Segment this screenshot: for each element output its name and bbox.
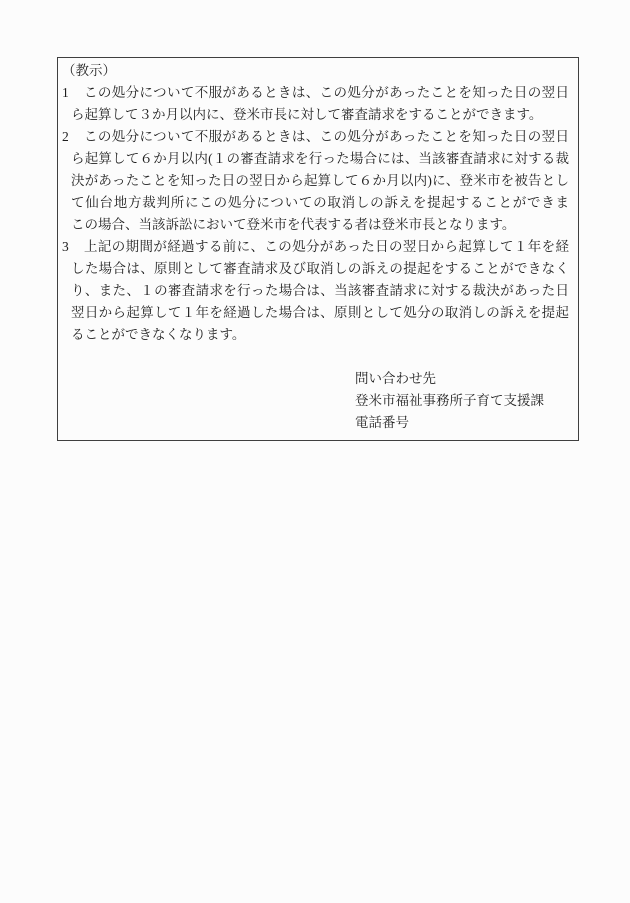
notice-heading: （教示）: [62, 60, 569, 82]
item-2-text-line-1: この処分について不服があるときは、この処分があったことを知った日の翌日か: [84, 126, 569, 148]
item-3-text-line-4: 翌日から起算して１年を経過した場合は、原則として処分の取消しの訴えを提起す: [71, 302, 569, 324]
spacer: [62, 346, 569, 368]
item-1-text-line-2: ら起算して３か月以内に、登米市長に対して審査請求をすることができます。: [71, 104, 569, 126]
contact-phone-label: 電話番号: [355, 412, 569, 434]
item-2-text-line-2: ら起算して６か月以内(１の審査請求を行った場合には、当該審査請求に対する裁: [71, 148, 569, 170]
item-3-text-line-1: 上記の期間が経過する前に、この処分があった日の翌日から起算して１年を経過: [84, 236, 569, 258]
item-2-number: 2: [62, 126, 84, 148]
item-2-text-line-5: この場合、当該訴訟において登米市を代表する者は登米市長となります。: [71, 214, 569, 236]
notice-item-2: 2 この処分について不服があるときは、この処分があったことを知った日の翌日か ら…: [62, 126, 569, 236]
item-3-text-line-2: した場合は、原則として審査請求及び取消しの訴えの提起をすることができなくな: [71, 258, 569, 280]
item-1-number: 1: [62, 82, 84, 104]
notice-item-1: 1 この処分について不服があるときは、この処分があったことを知った日の翌日か ら…: [62, 82, 569, 126]
item-1-text-line-1: この処分について不服があるときは、この処分があったことを知った日の翌日か: [84, 82, 569, 104]
notice-item-1-line-1: 1 この処分について不服があるときは、この処分があったことを知った日の翌日か: [62, 82, 569, 104]
notice-item-3-line-1: 3 上記の期間が経過する前に、この処分があった日の翌日から起算して１年を経過: [62, 236, 569, 258]
item-3-text-line-5: ることができなくなります。: [71, 324, 569, 346]
item-3-text-line-3: り、また、１の審査請求を行った場合は、当該審査請求に対する裁決があった日の: [71, 280, 569, 302]
item-3-number: 3: [62, 236, 84, 258]
contact-block: 問い合わせ先 登米市福祉事務所子育て支援課 電話番号: [355, 368, 569, 434]
notice-item-2-line-1: 2 この処分について不服があるときは、この処分があったことを知った日の翌日か: [62, 126, 569, 148]
notice-box: （教示） 1 この処分について不服があるときは、この処分があったことを知った日の…: [57, 57, 579, 441]
document-page: （教示） 1 この処分について不服があるときは、この処分があったことを知った日の…: [0, 0, 630, 903]
item-2-text-line-4: て仙台地方裁判所にこの処分についての取消しの訴えを提起することができます。: [71, 192, 569, 214]
item-2-text-line-3: 決があったことを知った日の翌日から起算して６か月以内)に、登米市を被告とし: [71, 170, 569, 192]
contact-office: 登米市福祉事務所子育て支援課: [355, 390, 569, 412]
contact-label: 問い合わせ先: [355, 368, 569, 390]
notice-item-3: 3 上記の期間が経過する前に、この処分があった日の翌日から起算して１年を経過 し…: [62, 236, 569, 346]
